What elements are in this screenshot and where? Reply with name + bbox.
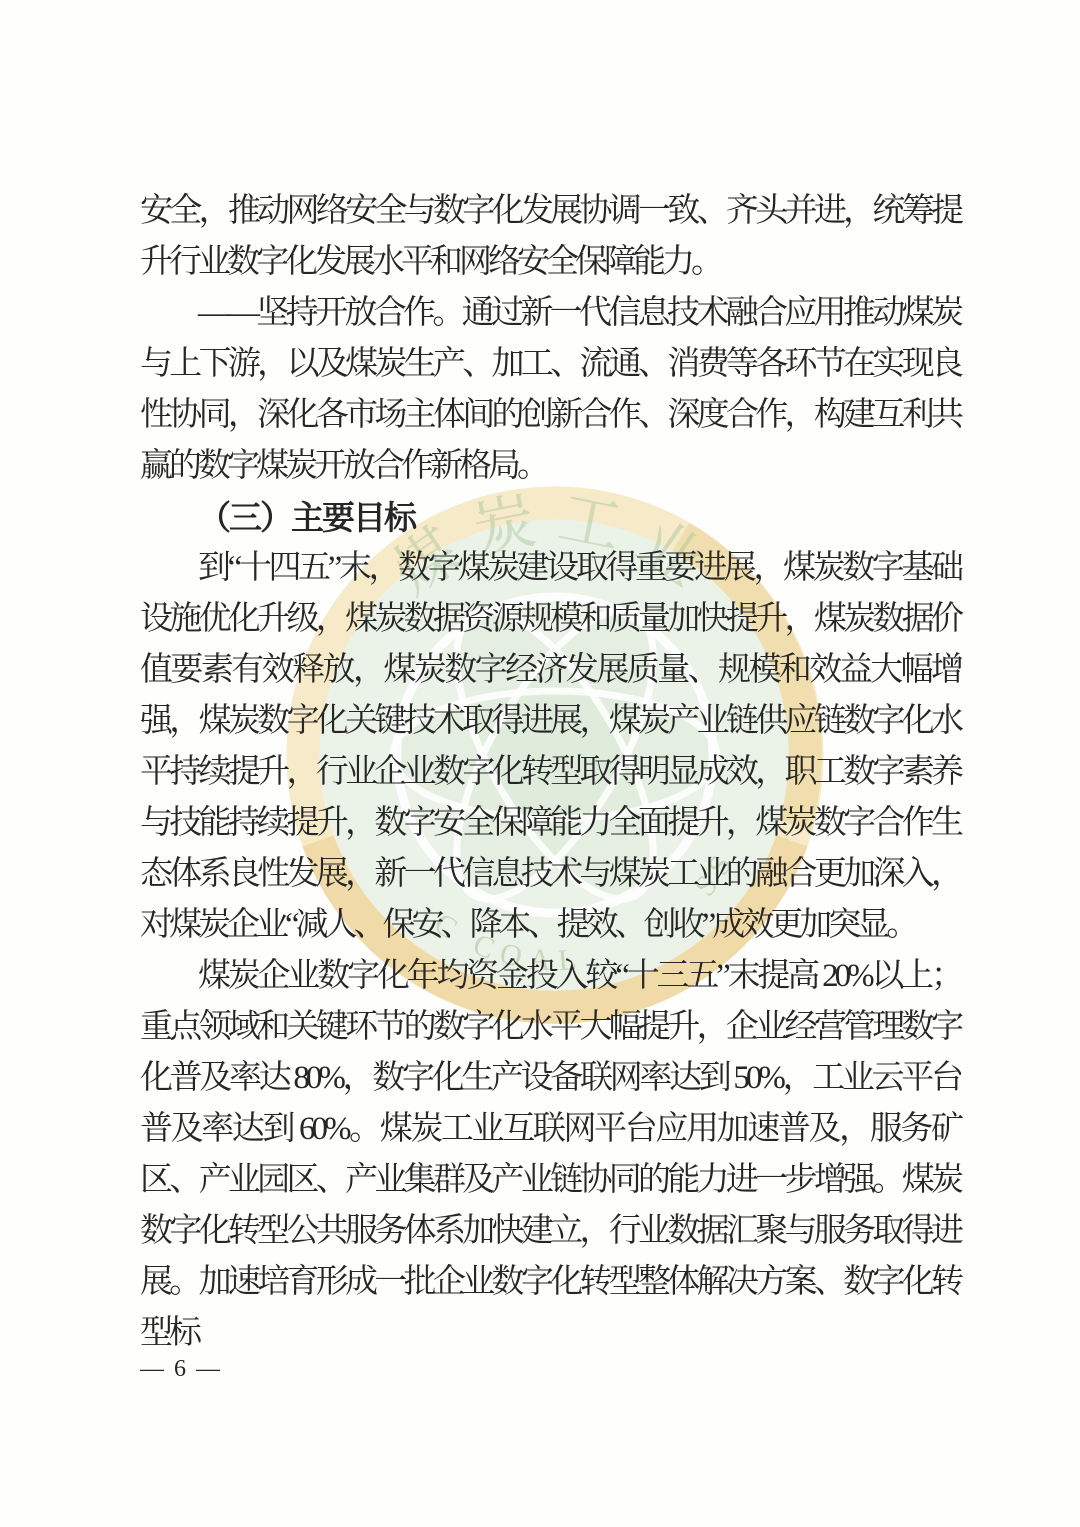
document-page: 煤炭工业 C COAL SS 安全，推动网络安全与数字化发展协调一致、齐头并进，… bbox=[0, 0, 1080, 1527]
paragraph-continuation: 安全，推动网络安全与数字化发展协调一致、齐头并进，统筹提升行业数字化发展水平和网… bbox=[140, 186, 960, 288]
paragraph-goals-overview: 到“十四五”末，数字煤炭建设取得重要进展，煤炭数字基础设施优化升级，煤炭数据资源… bbox=[140, 543, 960, 951]
paragraph-open-cooperation: ——坚持开放合作。通过新一代信息技术融合应用推动煤炭与上下游，以及煤炭生产、加工… bbox=[140, 288, 960, 492]
document-body: 安全，推动网络安全与数字化发展协调一致、齐头并进，统筹提升行业数字化发展水平和网… bbox=[140, 186, 960, 1359]
section-heading-main-goals: （三）主要目标 bbox=[140, 492, 960, 543]
paragraph-goals-metrics: 煤炭企业数字化年均资金投入较“十三五”末提高 20%以上；重点领域和关键环节的数… bbox=[140, 951, 960, 1359]
page-number: — 6 — bbox=[140, 1356, 222, 1383]
